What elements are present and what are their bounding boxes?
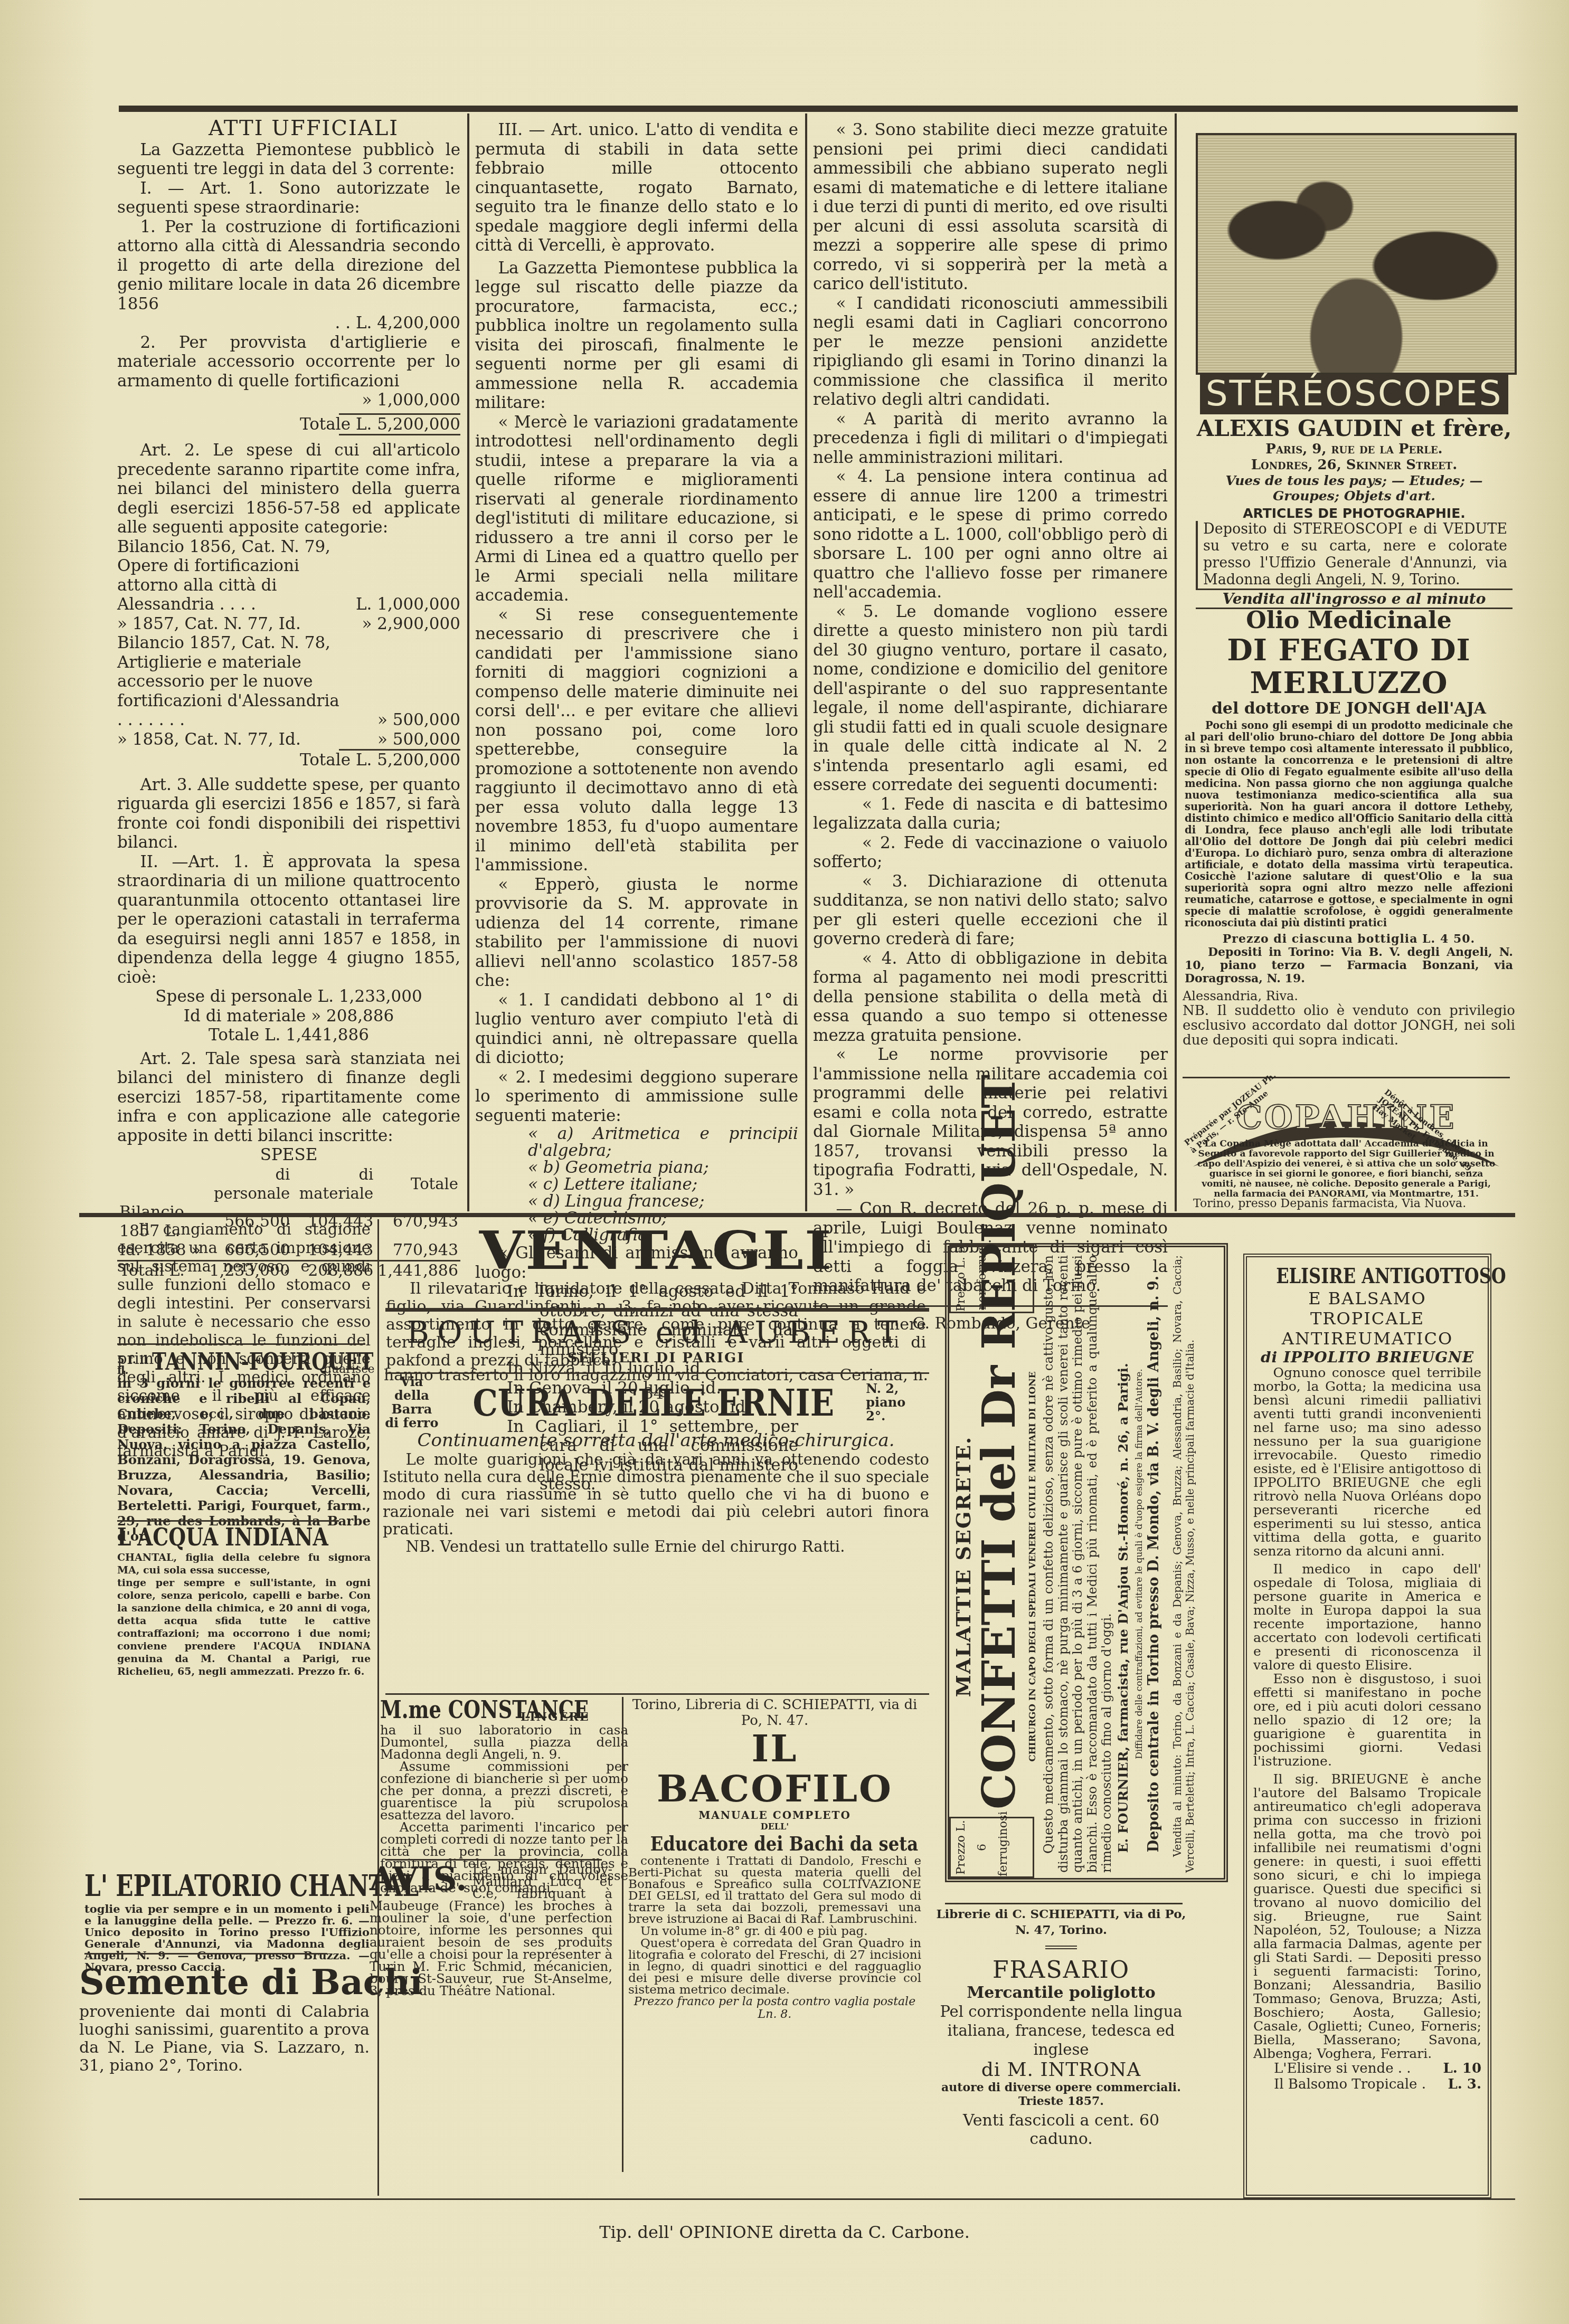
ernie-nb: NB. Vendesi un trattatello sulle Ernie d… xyxy=(383,1538,929,1555)
tannin-price: 5 f. il fl. xyxy=(117,1354,149,1376)
frasario-header: Librerie di C. SCHIEPATTI, via di Po, N.… xyxy=(934,1906,1188,1938)
frasario-author-desc: autore di diverse opere commerciali. xyxy=(934,2081,1188,2094)
riquet-subtitle: CHIRURGO IN CAPO DEGLI SPEDALI VENEREI C… xyxy=(1027,1324,1038,1809)
law-1-item-2-amount: » 1,000,000 xyxy=(117,391,460,410)
bilancio-row: Bilancio 1857, Cat. N. 78, Artiglierie e… xyxy=(117,633,460,730)
riquet-diffidare: Diffidare delle contraffazioni, ad evita… xyxy=(1134,1255,1145,1873)
document-item: « 1. Fede di nascita e di battesimo lega… xyxy=(813,795,1168,833)
top-rule xyxy=(119,106,1518,112)
riquet-price-left: Prezzo L. 6 ferruginosi xyxy=(949,1817,1034,1878)
documents-list: « 1. Fede di nascita e di battesimo lega… xyxy=(813,795,1168,1046)
confetti-riquet-ad: Prezzo L. 6 ferruginosi Prezzo L. 5 non … xyxy=(945,1243,1228,1882)
riquet-deposito: Deposito centrale in Torino presso D. Mo… xyxy=(1146,1255,1162,1873)
riquet-heading: MALATTIE SEGRETE. xyxy=(951,1324,975,1809)
stereoscopes-ad: STÉRÉOSCOPES ALEXIS GAUDIN et frère, Par… xyxy=(1196,133,1513,603)
column-divider xyxy=(467,113,469,1211)
olio-title-1: Olio Medicinale xyxy=(1183,607,1515,634)
divider xyxy=(945,1903,1183,1904)
elisire-p3: Esso non è disgustoso, i suoi effetti si… xyxy=(1253,1672,1481,1768)
deposito-paragraph: Deposito di STEREOSCOPI e di VEDUTE su v… xyxy=(1196,521,1513,589)
total-3: Totale L. 1,441,886 xyxy=(117,1026,460,1045)
ernie-tagline: Continuamente sorretta dall'arte medico-… xyxy=(383,1430,929,1451)
olio-price: Prezzo di ciascuna bottiglia L. 4 50. xyxy=(1183,932,1515,946)
epilatorio-ad: L' EPILATORIO CHANTAL toglie via per sem… xyxy=(84,1868,370,1973)
materia-item: « b) Geometria piana; xyxy=(528,1159,798,1176)
divider xyxy=(84,1953,327,1955)
boutrais-subtitle: SELLIERI DI PARIGI xyxy=(383,1350,929,1366)
column-divider xyxy=(377,1219,379,2196)
ventagli-title: VENTAGLI xyxy=(383,1225,929,1277)
riquet-body: Questo medicamento, sotto forma di un co… xyxy=(1042,1255,1114,1873)
norme-paragraph-6: « 3. Sono stabilite dieci mezze gratuite… xyxy=(813,120,1168,294)
bottom-rule xyxy=(79,2198,1515,2200)
frasario-subtitle: Mercantile poliglotto xyxy=(934,1984,1188,2002)
articles-line: ARTICLES DE PHOTOGRAPHIE. xyxy=(1196,506,1513,521)
norme-paragraph-8: « A parità di merito avranno la preceden… xyxy=(813,410,1168,468)
acqua-suffix: CHANTAL, figlia della celebre fu signora… xyxy=(117,1551,371,1577)
frasario-title: FRASARIO xyxy=(934,1957,1188,1984)
law-1-item-1: 1. Per la costruzione di fortificazioni … xyxy=(117,217,460,314)
frasario-price: Venti fascicoli a cent. 60 caduno. xyxy=(934,2111,1188,2148)
elisire-title-3: ANTIREUMATICO xyxy=(1253,1329,1481,1349)
firm-name: ALEXIS GAUDIN et frère, xyxy=(1196,415,1513,441)
bacofilo-volume: Un volume in-8° gr. di 400 e più pag. xyxy=(628,1925,921,1938)
materia-item: « d) Lingua francese; xyxy=(528,1193,798,1210)
semente-body: proveniente dai monti di Calabria luoghi… xyxy=(79,2003,370,2075)
elisire-antigottoso-ad: ELISIRE ANTIGOTTOSO E BALSAMO TROPICALE … xyxy=(1243,1254,1491,2198)
section-title: ATTI UFFICIALI xyxy=(117,119,460,138)
bilancio-row: » 1857, Cat. N. 77, Id.» 2,900,000 xyxy=(117,614,460,634)
norme-paragraph-9: « 4. La pensione intera continua ad esse… xyxy=(813,467,1168,602)
law-1-item-2: 2. Per provvista d'artiglierie e materia… xyxy=(117,333,460,391)
epilatorio-title: L' EPILATORIO CHANTAL xyxy=(84,1868,307,1903)
copahine-torino: Torino, presso Depanis farmacista, Via N… xyxy=(1193,1197,1499,1210)
acqua-body: tinge per sempre e sull'istante, in ogni… xyxy=(117,1577,371,1678)
riquet-vendita: Vendita al minuto: Torino, da Bonzani e … xyxy=(1171,1255,1196,1873)
stereoscopes-title: STÉRÉOSCOPES xyxy=(1200,373,1508,414)
intro-paragraph: La Gazzetta Piemontese pubblicò le segue… xyxy=(117,140,460,179)
bacofilo-title-2: Educatore dei Bachi da seta xyxy=(650,1832,900,1855)
document-item: « 4. Atto di obbligazione in debita form… xyxy=(813,949,1168,1046)
spese-caption: SPESE xyxy=(117,1145,460,1165)
olio-nb: NB. Il suddetto olio è venduto con privi… xyxy=(1183,1003,1515,1048)
avis-title: AVIS. xyxy=(370,1863,467,1895)
bilancio-row: Bilancio 1856, Cat. N. 79, Opere di fort… xyxy=(117,537,460,614)
gazzetta-paragraph: La Gazzetta Piemontese pubblica la legge… xyxy=(475,259,798,413)
norme-paragraph-2: « Si rese conseguentemente necessario di… xyxy=(475,605,798,875)
constance-title: M.me CONSTANCE xyxy=(380,1695,490,1724)
column-divider xyxy=(1175,113,1177,1211)
constance-body-1: ha il suo laboratorio in casa Dumontel, … xyxy=(380,1724,628,1760)
ernie-body: Le molte guarigioni che già da vari anni… xyxy=(383,1451,929,1538)
norme-paragraph-4: « 1. I candidati debbono al 1° di luglio… xyxy=(475,991,798,1068)
column-divider xyxy=(622,1697,623,2172)
constance-body-2: Assume commissioni per confezione di bia… xyxy=(380,1760,628,1821)
art-2-paragraph: Art. 2. Le spese di cui all'articolo pre… xyxy=(117,441,460,537)
bilanci-list: Bilancio 1856, Cat. N. 79, Opere di fort… xyxy=(117,537,460,750)
elisire-title-1: ELISIRE ANTIGOTTOSO xyxy=(1276,1264,1459,1288)
elisire-p2: Il medico in capo dell' ospedale di Tolo… xyxy=(1253,1562,1481,1672)
bacofilo-ad: Torino, Libreria di C. SCHIEPATTI, via d… xyxy=(628,1697,921,2021)
document-item: « 2. Fede di vaccinazione o vaiuolo soff… xyxy=(813,833,1168,872)
frasario-ad: Librerie di C. SCHIEPATTI, via di Po, N.… xyxy=(934,1906,1188,2148)
atti-ufficiali-column: ATTI UFFICIALI La Gazzetta Piemontese pu… xyxy=(117,119,460,1280)
bacofilo-opera: Quest'opera è corredata del Gran Quadro … xyxy=(628,1938,921,1996)
riquet-fournier: E. FOURNIER, farmacista, rue D'Anjou St.… xyxy=(1116,1255,1131,1873)
tannin-body: in 3 giorni le gonorree recenti e cronic… xyxy=(117,1376,371,1544)
olio-merluzzo-ad: Olio Medicinale DI FEGATO DI MERLUZZO de… xyxy=(1183,607,1515,1048)
tannin-fourquet-ad: 5 f. il fl. TANNIN-FOURQUET guarisce in … xyxy=(117,1349,371,1544)
frasario-place: Trieste 1857. xyxy=(934,2094,1188,2108)
total-1: Totale L. 5,200,000 xyxy=(117,415,460,434)
column-divider xyxy=(805,113,807,1211)
riquet-title: CONFETTI del Dr REPIQUET xyxy=(976,1324,1023,1809)
law-2-art-2: Art. 2. Tale spesa sarà stanziata nei bi… xyxy=(117,1049,460,1146)
copahine-body: La Copaina Mège adottata dall' Accademia… xyxy=(1193,1139,1499,1199)
stereoscope-illustration xyxy=(1196,133,1517,375)
semente-title: Semente di Bachi xyxy=(79,1961,370,2003)
document-item: « 3. Dichiarazione di ottenuta sudditanz… xyxy=(813,872,1168,949)
ernie-left: Via della Barra di ferro xyxy=(383,1375,441,1430)
olio-body: Pochi sono gli esempi di un prodotto med… xyxy=(1183,720,1515,929)
norme-paragraph-7: « I candidati riconosciuti ammessibili n… xyxy=(813,294,1168,410)
olio-title-2: DI FEGATO DI MERLUZZO xyxy=(1183,634,1515,699)
elisire-price-2: Il Balsomo Tropicale .L. 3. xyxy=(1253,2076,1481,2092)
law-1-heading: I. — Art. 1. Sono autorizzate le seguent… xyxy=(117,179,460,217)
vues-line: Vues de tous les pays; — Etudes; — Group… xyxy=(1196,473,1513,504)
ernie-title: CURA DELLE ERNIE xyxy=(472,1381,834,1425)
elisire-price-1: L'Elisire si vende . .L. 10 xyxy=(1253,2061,1481,2076)
vendita-line: Vendita all'ingrosso e al minuto xyxy=(1196,589,1513,609)
newspaper-page: ATTI UFFICIALI La Gazzetta Piemontese pu… xyxy=(0,0,1569,2324)
divider xyxy=(117,1343,365,1345)
tannin-title: TANNIN-FOURQUET xyxy=(152,1349,290,1376)
acqua-indiana-ad: L'ACQUA INDIANA CHANTAL, figlia della ce… xyxy=(117,1523,371,1678)
copahine-ad: COPAHINE Préparée par JOZEAU Ph. à Paris… xyxy=(1183,1077,1510,1211)
cura-ernie-ad: Via della Barra di ferro CURA DELLE ERNI… xyxy=(383,1375,929,1555)
paris-address: Paris, 9, rue de la Perle. xyxy=(1196,441,1513,457)
olio-alessandria: Alessandria, Riva. xyxy=(1183,989,1515,1003)
norme-paragraph-3: « Epperò, giusta le norme provvisorie da… xyxy=(475,875,798,991)
olio-title-3: del dottore DE JONGH dell'AJA xyxy=(1183,699,1515,718)
ernie-right: N. 2, piano 2°. xyxy=(866,1382,929,1423)
divider xyxy=(385,1372,929,1374)
boutrais-title: BOUTRAIS ed AUBERT xyxy=(383,1314,929,1350)
bacofilo-body: contenente i Trattati di Dandolo, Fresch… xyxy=(628,1855,921,1925)
elisire-p1: Ognuno conosce quel terribile morbo, la … xyxy=(1253,1366,1481,1558)
norme-paragraph-10: « 5. Le domande vogliono essere dirette … xyxy=(813,602,1168,795)
bacofilo-header: Torino, Libreria di C. SCHIEPATTI, via d… xyxy=(628,1697,921,1729)
bilancio-row: » 1858, Cat. N. 77, Id.» 500,000 xyxy=(117,730,460,750)
spese-personale: Spese di personale L. 1,233,000 xyxy=(117,987,460,1007)
london-address: Londres, 26, Skinner Street. xyxy=(1196,457,1513,473)
divider xyxy=(385,1308,929,1312)
law-1-item-1-amount: . . L. 4,200,000 xyxy=(117,314,460,333)
semente-bachi-ad: Semente di Bachi proveniente dai monti d… xyxy=(79,1961,370,2075)
norme-paragraph-5: « 2. I medesimi deggiono superare lo spe… xyxy=(475,1068,798,1126)
divider xyxy=(117,1520,339,1522)
bacofilo-dell: DELL' xyxy=(628,1822,921,1832)
elisire-title-2: E BALSAMO TROPICALE xyxy=(1253,1288,1481,1329)
norme-paragraph-1: « Mercè le variazioni gradatamente intro… xyxy=(475,413,798,605)
middle-rule xyxy=(79,1213,1515,1217)
divider xyxy=(385,1693,929,1695)
spese-materiale: Id di materiale » 208,886 xyxy=(117,1007,460,1026)
bacofilo-price: Prezzo franco per la posta contro vaglia… xyxy=(628,1996,921,2021)
elisire-author: di IPPOLITO BRIEUGNE xyxy=(1253,1349,1481,1366)
riquet-rotated-content: Prezzo L. 6 ferruginosi Prezzo L. 5 non … xyxy=(949,1247,1224,1878)
frasario-body: Pel corrispondente nella lingua italiana… xyxy=(934,2002,1188,2059)
law-3-paragraph: III. — Art. unico. L'atto di vendita e p… xyxy=(475,120,798,255)
materia-item: « c) Lettere italiane; xyxy=(528,1176,798,1193)
printer-imprint: Tip. dell' OPINIONE diretta da C. Carbon… xyxy=(0,2222,1569,2242)
olio-depositi: Depositi in Torino: Via B. V. degli Ange… xyxy=(1183,946,1515,985)
materia-item: « a) Aritmetica e principii d'algebra; xyxy=(528,1125,798,1159)
law-2-heading: II. —Art. 1. È approvata la spesa straor… xyxy=(117,852,460,988)
acqua-title: L'ACQUA INDIANA xyxy=(117,1523,247,1551)
frasario-author: di M. INTRONA xyxy=(934,2059,1188,2081)
elisire-p4: Il sig. BRIEUGNE è anche l'autore del Ba… xyxy=(1253,1772,1481,2061)
avis-ad: AVIS. La maison Daudoy-Mailliard Lucq et… xyxy=(370,1863,612,1997)
bacofilo-subtitle: MANUALE COMPLETO xyxy=(628,1809,921,1822)
bacofilo-title: IL BACOFILO xyxy=(628,1729,921,1809)
art-3-paragraph: Art. 3. Alle suddette spese, per quanto … xyxy=(117,775,460,852)
total-2: Totale L. 5,200,000 xyxy=(117,751,460,770)
spese-table-row: di personaledi materialeTotale xyxy=(117,1165,460,1203)
